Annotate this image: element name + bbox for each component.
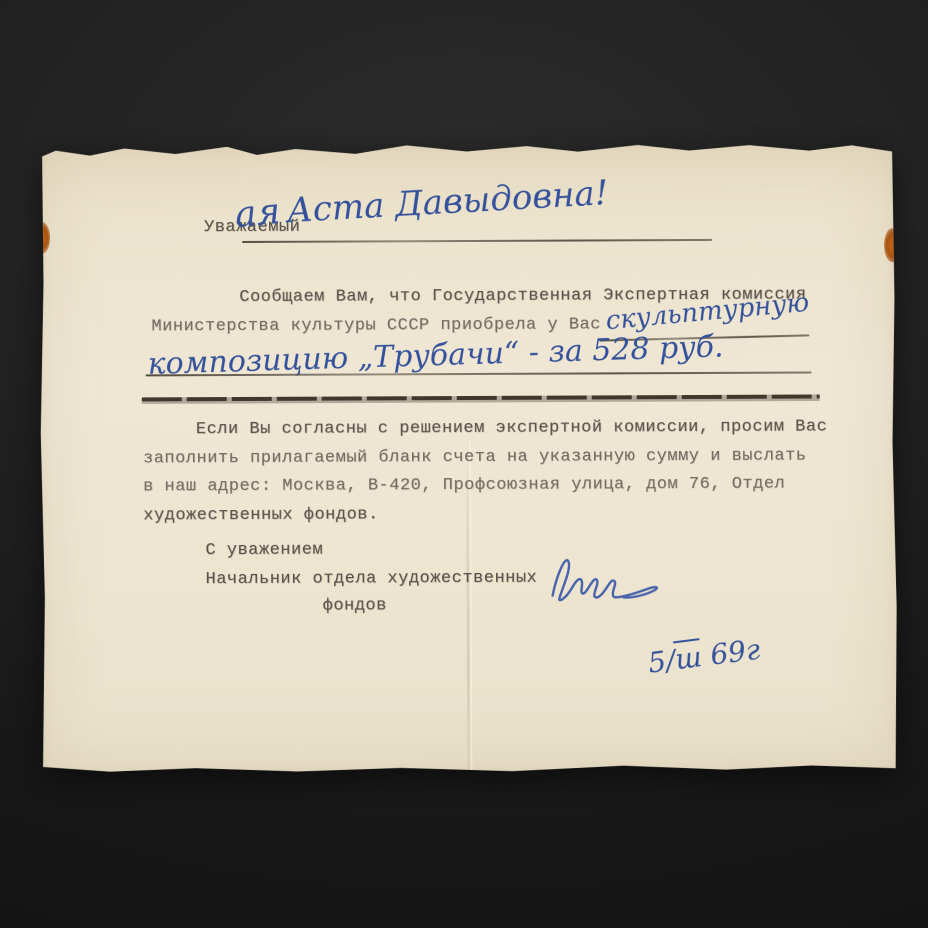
rust-stain-right xyxy=(884,228,900,262)
salutation-underline xyxy=(242,239,712,243)
paragraph2-line3: в наш адрес: Москва, В-420, Профсоюзная … xyxy=(143,476,785,496)
closing-regards: С уважением xyxy=(205,542,323,560)
paragraph2-line4: художественных фондов. xyxy=(143,506,379,524)
paragraph2-line2: заполнить прилагаемый бланк счета на ука… xyxy=(143,448,807,468)
salutation-handwritten-name: Аста Давыдовна! xyxy=(286,173,609,231)
salutation-handwritten-ending: ая xyxy=(233,191,282,236)
letter-paper-wrap: Уважаемый ая Аста Давыдовна! Сообщаем Ва… xyxy=(39,140,898,774)
separator-line xyxy=(142,394,820,401)
paragraph1-line2: Министерства культуры СССР приобрела у В… xyxy=(151,316,601,335)
handwritten-signature xyxy=(538,545,678,616)
letter-paper: Уважаемый ая Аста Давыдовна! Сообщаем Ва… xyxy=(39,140,898,774)
paragraph2-line1: Если Вы согласны с решением экспертной к… xyxy=(196,418,827,438)
handwritten-date: 5/ш 69г xyxy=(571,600,766,721)
date-month: ш xyxy=(673,640,703,676)
closing-title-line2: фондов xyxy=(323,597,387,614)
closing-title-line1: Начальник отдела художественных xyxy=(205,570,537,588)
photo-background: Уважаемый ая Аста Давыдовна! Сообщаем Ва… xyxy=(0,0,928,928)
rust-stain-left xyxy=(34,222,50,254)
date-year: 69г xyxy=(700,633,762,673)
